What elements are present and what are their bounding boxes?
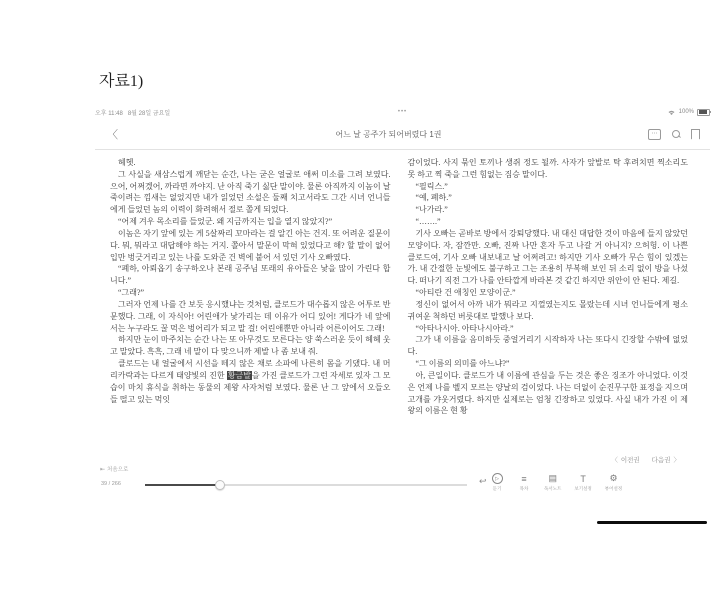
document-label: 자료1) [99,68,143,91]
progress-slider[interactable] [145,480,467,490]
paragraph: “아티란 건 애칭인 모양이군.” [408,287,689,299]
toolbar-label: 듣기 [493,486,502,492]
paragraph: 이놈은 자기 앞에 있는 게 5살짜리 꼬마라는 걸 알긴 아는 건지. 또 어… [110,228,391,263]
toolbar-label: 목차 [520,486,529,492]
next-volume-button[interactable]: 다음권 〉 [652,455,680,464]
paragraph: 클로드는 내 얼굴에서 시선을 떼지 않은 채로 소파에 나른히 몸을 기댔다.… [110,358,391,405]
paragraph: 정신이 없어서 아까 내가 뭐라고 지껄였는지도 몰랐는데 시녀 언니들에게 평… [408,299,689,323]
back-chevron-icon[interactable]: 〈 [95,126,147,142]
next-chevron-icon: 〉 [674,455,681,464]
listen-button[interactable]: ▷듣기 [490,473,504,492]
paragraph: “…….” [408,216,689,228]
paragraph: 그 사실을 새삼스럽게 깨닫는 순간, 나는 굳은 얼굴로 애써 미소를 그려 … [110,169,391,216]
status-right: 100% [667,109,710,116]
toc-icon: ≡ [521,473,526,484]
reader-page: 헤헷.그 사실을 새삼스럽게 깨닫는 순간, 나는 굳은 얼굴로 애써 미소를 … [110,157,688,417]
highlighted-text[interactable]: 황금발 [227,371,252,380]
toc-button[interactable]: ≡목차 [517,473,531,492]
status-bar: 오후 11:48 8월 28일 금요일 ••• 100% [95,107,710,117]
slider-fill [145,484,219,486]
volume-nav: 〈 이전권 다음권 〉 [540,455,680,464]
paragraph: “나가라.” [408,204,689,216]
paragraph: 감이었다. 사지 묶인 토끼나 생쥐 정도 될까. 사자가 앞발로 탁 후려치면… [408,157,689,181]
reading-note-icon: ▤ [548,473,557,484]
paragraph: 하지만 눈이 마주치는 순간 나는 또 아무것도 모른다는 양 쑥스러운 듯이 … [110,334,391,358]
multitask-dots-icon: ••• [398,109,407,115]
slider-thumb[interactable] [215,480,225,490]
paragraph: “폐하, 아뢰옵기 송구하오나 본래 공주님 또래의 유아들은 낯을 많이 가린… [110,263,391,287]
paragraph: “그래?” [110,287,391,299]
paragraph: 그가 내 이름을 음미하듯 중얼거리기 시작하자 나는 또다시 긴장할 수밖에 … [408,334,689,358]
book-title: 어느 날 공주가 되어버렸다 1권 [147,129,630,140]
left-column: 헤헷.그 사실을 새삼스럽게 깨닫는 순간, 나는 굳은 얼굴로 애써 미소를 … [110,157,391,417]
paragraph: “예, 폐하.” [408,192,689,204]
toolbar-label: 독서노트 [544,486,561,492]
nav-bar: 〈 어느 날 공주가 되어버렸다 1권 ⋯ [95,120,710,148]
right-column: 감이었다. 사지 묶인 토끼나 생쥐 정도 될까. 사자가 앞발로 탁 후려치면… [408,157,689,417]
paragraph: “어제 겨우 목소리를 들었군. 왜 지금까지는 입을 열지 않았지?” [110,216,391,228]
goto-start-label: 처음으로 [107,465,128,473]
paragraph: “필릭스.” [408,181,689,193]
prev-chevron-icon: 〈 [611,455,618,464]
status-date: 8월 28일 금요일 [128,108,170,117]
battery-icon [697,109,710,116]
nav-divider [95,149,710,150]
page-indicator: 39 / 266 [101,481,121,487]
search-icon[interactable] [672,130,680,138]
toolbar-label: 뷰어설정 [605,486,622,492]
reading-note-button[interactable]: ▤독서노트 [544,473,561,492]
toolbar-label: 보기설정 [574,486,591,492]
paragraph: 그러자 언제 나를 간 보듯 응시했냐는 것처럼, 클로드가 대수롭지 않은 어… [110,299,391,334]
nav-icons: ⋯ [630,129,710,140]
prev-volume-button[interactable]: 〈 이전권 [611,455,639,464]
next-volume-label: 다음권 [652,455,671,464]
viewer-settings-icon: ⚙ [609,473,617,484]
wifi-icon [667,109,676,116]
view-settings-button[interactable]: T보기설정 [574,473,591,492]
paragraph: 기사 오빠는 곧바로 방에서 강퇴당했다. 내 대신 대답한 것이 마음에 들지… [408,228,689,287]
skip-to-start-icon: ⇤ [100,466,105,473]
viewer-settings-button[interactable]: ⚙뷰어설정 [605,473,622,492]
paragraph: “아타나시아. 아타나시아라.” [408,323,689,335]
status-time: 오후 11:48 [95,108,123,117]
paragraph: 헤헷. [110,157,391,169]
paragraph: “그 이름의 의미를 아느냐?” [408,358,689,370]
listen-icon: ▷ [492,473,503,484]
goto-start-button[interactable]: ⇤ 처음으로 [100,465,128,473]
status-left: 오후 11:48 8월 28일 금요일 [95,108,170,117]
bookmark-icon[interactable] [691,129,700,140]
prev-volume-label: 이전권 [621,455,640,464]
reader-toolbar: ▷듣기≡목차▤독서노트T보기설정⚙뷰어설정 [490,473,622,492]
battery-percent: 100% [679,109,694,115]
black-underline-bar [597,521,707,524]
page-layout-icon[interactable]: ⋯ [648,129,661,140]
view-settings-icon: T [580,473,586,484]
page: 자료1) 오후 11:48 8월 28일 금요일 ••• 100% 〈 어느 날… [0,0,720,615]
paragraph: 아, 큰일이다. 클로드가 내 이름에 관심을 두는 것은 좋은 징조가 아니었… [408,370,689,417]
undo-move-icon[interactable]: ↩ [479,476,487,487]
